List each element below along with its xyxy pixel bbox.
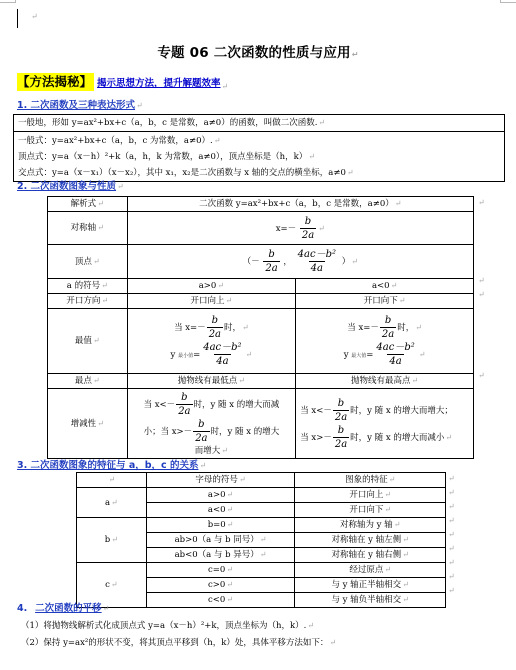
section3-heading-text[interactable]: 3. 二次函数图象的特征与 a，b，c 的关系 [17, 460, 198, 471]
feature-text: 经过原点 [349, 565, 383, 575]
paragraph-mark: ↵ [402, 535, 409, 544]
extreme-negative: 当 x=－b2a时，↵ y 最大值=4ac－b²4a↵ [296, 309, 474, 374]
row-extreme: 最值↵ 当 x=－b2a时，↵ y 最小值=4ac－b²4a↵ 当 x=－b2a… [48, 309, 474, 374]
text: 当 x<－ [300, 406, 332, 416]
denominator: 4a [309, 261, 325, 275]
translation-step-1: （1）将抛物线解析式化成顶点式 y=a（x－h）²+k，顶点坐标为（h，k）.↵ [21, 619, 314, 633]
denominator: 2a [207, 327, 223, 341]
feature-text: 开口向下 [349, 505, 383, 515]
numerator: b [336, 424, 346, 437]
row-end-mark: ↵ [448, 502, 455, 511]
monotonic-negative: 当 x<－b2a时，y 随 x 的增大而增大； 当 x>－b2a时，y 随 x … [296, 389, 474, 459]
paragraph-mark: ↵ [226, 580, 233, 589]
row-axis: 对称轴↵ x=－ b2a↵ [48, 212, 474, 245]
feature-cell: 与 y 轴负半轴相交↵ [295, 593, 446, 608]
paragraph-mark: ↵ [389, 475, 396, 484]
fraction-extreme-value: 4ac－b²4a [374, 341, 416, 368]
feature-cell: 开口向上↵ [295, 488, 446, 503]
text: 时，y 随 x 的增大而减 [194, 400, 280, 410]
row-vertex: 顶点↵ （－ b2a ， 4ac－b²4a ）↵ [48, 245, 474, 279]
letter-a: a↵ [77, 488, 147, 518]
header-empty: ↵ [77, 473, 147, 488]
page-corner-mark-right [500, 0, 516, 3]
paragraph-mark: ↵ [351, 257, 358, 266]
denominator: 2a [300, 228, 316, 242]
label-sign: a 的符号↵ [48, 279, 128, 294]
section4-heading-text[interactable]: 二次函数的平移 [35, 603, 102, 614]
paragraph-mark: ↵ [111, 580, 118, 589]
value-text: 二次函数 y=ax²+bx+c（a，b，c 是常数，a≠0） [199, 199, 394, 209]
section4-heading: 4. 二次函数的平移↵ [17, 603, 109, 615]
section2-heading-text[interactable]: 2. 二次函数图象与性质 [17, 181, 116, 192]
feature-cell: 与 y 轴正半轴相交↵ [295, 578, 446, 593]
row-end-mark: ↵ [448, 558, 455, 567]
paragraph-mark: ↵ [402, 595, 409, 604]
extreme-point-negative: 抛物线有最高点↵ [296, 374, 474, 389]
feature-text: 与 y 轴负半轴相交 [331, 595, 401, 605]
denominator: 2a [380, 327, 396, 341]
paragraph-mark: ↵ [402, 580, 409, 589]
section1-heading-text[interactable]: 1. 二次函数及三种表达形式 [17, 100, 135, 111]
method-link[interactable]: 揭示思想方法，提升解题效率 [97, 77, 221, 91]
denominator: 4a [387, 354, 403, 368]
letter-text: a [105, 498, 110, 508]
paragraph-mark: ↵ [226, 565, 233, 574]
denominator: 2a [263, 261, 279, 275]
row-end-mark: ↵ [448, 544, 455, 553]
translation-step-2: （2）保持 y=ax²的形状不变，将其顶点平移到（h，k）处，具体平移方法如下：… [21, 636, 336, 650]
row-extreme-point: 最点↵ 抛物线有最低点↵ 抛物线有最高点↵ [48, 374, 474, 389]
paragraph-mark: ↵ [93, 257, 100, 266]
paragraph-mark: ↵ [108, 475, 115, 484]
paragraph-mark: ↵ [103, 604, 110, 613]
row-end-mark: ↵ [448, 572, 455, 581]
text: 时，y 随 x 的增大而增大； [350, 406, 453, 416]
fraction-b-over-2a: b2a [333, 397, 349, 424]
letter-b: b↵ [77, 518, 147, 563]
paragraph-mark: ↵ [97, 223, 104, 232]
sign-cell: c>0↵ [146, 578, 295, 593]
sign-cell: a<0↵ [146, 503, 295, 518]
numerator: b [210, 314, 220, 327]
feature-cell: 开口向下↵ [295, 503, 446, 518]
paragraph-mark: ↵ [111, 535, 118, 544]
table-row: a↵ a>0↵ 开口向上↵ [77, 488, 446, 503]
monotonic-positive: 当 x<－b2a时，y 随 x 的增大而减 小；当 x>－b2a时，y 随 x … [127, 389, 296, 459]
when-prefix: 当 x=－ [347, 323, 379, 333]
sign-cell: a>0↵ [146, 488, 295, 503]
opening-negative: 开口向下↵ [296, 294, 474, 309]
paragraph-mark: ↵ [384, 565, 391, 574]
letter-c: c↵ [77, 563, 147, 608]
paragraph-mark: ↵ [384, 490, 391, 499]
value-text: 抛物线有最高点 [351, 376, 411, 386]
row-end-mark: ↵ [448, 488, 455, 497]
sign-text: b=0 [208, 520, 226, 530]
paragraph-mark: ↵ [93, 336, 100, 345]
fraction-b-over-2a: b2a [263, 248, 279, 275]
paren-open: （－ [243, 257, 260, 267]
table-row: b↵ b=0↵ 对称轴为 y 轴↵ [77, 518, 446, 533]
paragraph-mark: ↵ [31, 12, 38, 21]
form-general: 一般式：y=ax²+bx+c（a，b，c 为常数，a≠0）.↵ [18, 133, 502, 149]
fraction-b-over-2a: b2a [207, 314, 223, 341]
method-badge: 【方法揭秘】 [17, 73, 94, 91]
value-vertex: （－ b2a ， 4ac－b²4a ）↵ [127, 245, 473, 279]
text: 时，y 随 x 的增大而减小 [350, 433, 444, 443]
table-row: c↵ c=0↵ 经过原点↵ [77, 563, 446, 578]
feature-cell: 经过原点↵ [295, 563, 446, 578]
paragraph-mark: ↵ [391, 281, 398, 290]
paragraph-mark: ↵ [101, 296, 108, 305]
label-text: 最值 [75, 336, 92, 346]
fraction-b-over-2a: b2a [380, 314, 396, 341]
text: 而增大 [195, 446, 221, 456]
paragraph-mark: ↵ [214, 136, 221, 145]
paragraph-mark: ↵ [329, 638, 336, 647]
extreme-point-positive: 抛物线有最低点↵ [127, 374, 296, 389]
paragraph-mark: ↵ [384, 505, 391, 514]
paragraph-mark: ↵ [308, 152, 315, 161]
paragraph-mark: ↵ [93, 376, 100, 385]
abc-header-row: ↵ 字母的符号↵ 图象的特征↵ [77, 473, 446, 488]
row-end-mark: ↵ [448, 516, 455, 525]
section3-heading: 3. 二次函数图象的特征与 a，b，c 的关系↵ [17, 460, 206, 472]
numerator: b [303, 215, 313, 228]
paragraph-mark: ↵ [399, 296, 406, 305]
min-subscript: 最小值 [178, 353, 193, 359]
paragraph-mark: ↵ [419, 350, 426, 359]
paragraph-mark: ↵ [226, 595, 233, 604]
max-subscript: 最大值 [351, 353, 366, 359]
row-end-mark: ↵ [478, 290, 485, 299]
sign-cell: c<0↵ [146, 593, 295, 608]
paragraph-mark: ↵ [111, 498, 118, 507]
opening-positive: 开口向上↵ [127, 294, 296, 309]
paragraph-mark: ↵ [445, 433, 452, 442]
fraction-4ac-b2-over-4a: 4ac－b²4a [296, 248, 338, 275]
denominator: 4a [214, 354, 230, 368]
sign-text: c=0 [208, 565, 225, 575]
paragraph-mark: ↵ [260, 535, 267, 544]
sign-text: c>0 [208, 580, 225, 590]
feature-cell: 对称轴为 y 轴↵ [295, 518, 446, 533]
when-prefix: 当 x=－ [174, 323, 206, 333]
value-axis: x=－ b2a↵ [127, 212, 473, 245]
fraction-b-over-2a: b2a [176, 391, 192, 418]
forms-cell: 一般式：y=ax²+bx+c（a，b，c 为常数，a≠0）.↵ 顶点式：y=a（… [14, 132, 505, 182]
sign-text: c<0 [208, 595, 225, 605]
value-text: 开口向上 [191, 296, 225, 306]
sign-cell: ab<0（a 与 b 异号）↵ [146, 548, 295, 563]
feature-text: 对称轴为 y 轴 [340, 520, 393, 530]
value-text: 抛物线有最低点 [178, 376, 238, 386]
label-extreme: 最值↵ [48, 309, 128, 374]
document-title: 专题 06 二次函数的性质与应用↵ [0, 41, 516, 61]
paragraph-mark: ↵ [239, 475, 246, 484]
when-suffix: 时， [397, 323, 414, 333]
label-extreme-point: 最点↵ [48, 374, 128, 389]
properties-table: 解析式↵ 二次函数 y=ax²+bx+c（a，b，c 是常数，a≠0）↵ 对称轴… [47, 196, 474, 459]
paragraph-mark: ↵ [347, 168, 354, 177]
paragraph-mark: ↵ [242, 323, 249, 332]
feature-text: 开口向上 [349, 490, 383, 500]
form-vertex: 顶点式：y=a（x－h）²+k（a，h，k 为常数，a≠0），顶点坐标是（h，k… [18, 149, 502, 165]
numerator: b [179, 391, 189, 404]
paragraph-mark: ↵ [226, 490, 233, 499]
document-title-text: 专题 06 二次函数的性质与应用 [157, 45, 350, 61]
sign-positive: a>0↵ [127, 279, 296, 294]
paragraph-mark: ↵ [136, 101, 143, 110]
paragraph-mark: ↵ [199, 461, 206, 470]
row-monotonic: 增减性↵ 当 x<－b2a时，y 随 x 的增大而减 小；当 x>－b2a时，y… [48, 389, 474, 459]
letter-text: b [105, 535, 110, 545]
header-text: 字母的符号 [195, 475, 238, 485]
label-text: 顶点 [75, 257, 92, 267]
feature-text: 对称轴在 y 轴右侧 [331, 550, 401, 560]
label-text: a 的符号 [67, 281, 100, 291]
row-expression: 解析式↵ 二次函数 y=ax²+bx+c（a，b，c 是常数，a≠0）↵ [48, 197, 474, 212]
definition-table: 一般地，形如 y=ax²+bx+c（a，b，c 是常数，a≠0）的函数，叫做二次… [13, 114, 505, 182]
numerator: b [383, 314, 393, 327]
value-text: a>0 [199, 281, 217, 291]
paragraph-mark: ↵ [117, 182, 124, 191]
sign-text: ab<0（a 与 b 异号） [175, 550, 259, 560]
sign-text: ab>0（a 与 b 同号） [175, 535, 259, 545]
value-text: 开口向下 [364, 296, 398, 306]
step-2-text: （2）保持 y=ax²的形状不变，将其顶点平移到（h，k）处，具体平移方法如下： [21, 638, 328, 648]
feature-cell: 对称轴在 y 轴左侧↵ [295, 533, 446, 548]
label-vertex: 顶点↵ [48, 245, 128, 279]
text-cursor [17, 9, 18, 28]
section1-heading: 1. 二次函数及三种表达形式↵ [17, 100, 143, 112]
label-expression: 解析式↵ [48, 197, 128, 212]
denominator: 2a [333, 410, 349, 424]
label-text: 增减性 [71, 419, 97, 429]
label-monotonic: 增减性↵ [48, 389, 128, 459]
form-intercept: 交点式：y=a（x－x₁）（x－x₂），其中 x₁，x₂是二次函数与 x 轴的交… [18, 165, 502, 181]
row-end-mark: ↵ [448, 474, 455, 483]
fraction-b-over-2a: b2a [193, 418, 209, 445]
letter-text: c [105, 580, 110, 590]
label-text: 开口方向 [66, 296, 100, 306]
numerator: b [196, 418, 206, 431]
row-sign: a 的符号↵ a>0↵ a<0↵ [48, 279, 474, 294]
abc-table: ↵ 字母的符号↵ 图象的特征↵ a↵ a>0↵ 开口向上↵ a<0↵ 开口向下↵… [76, 472, 446, 608]
axis-prefix: x=－ [276, 224, 296, 234]
row-end-mark: ↵ [478, 198, 485, 207]
paragraph-mark: ↵ [352, 50, 359, 59]
row-end-mark: ↵ [448, 530, 455, 539]
definition-cell: 一般地，形如 y=ax²+bx+c（a，b，c 是常数，a≠0）的函数，叫做二次… [14, 115, 505, 132]
denominator: 2a [333, 437, 349, 451]
label-text: 对称轴 [71, 223, 97, 233]
sign-negative: a<0↵ [296, 279, 474, 294]
separator: ， [283, 257, 292, 267]
header-feature: 图象的特征↵ [295, 473, 446, 488]
extreme-positive: 当 x=－b2a时，↵ y 最小值=4ac－b²4a↵ [127, 309, 296, 374]
paragraph-mark: ↵ [221, 446, 228, 455]
definition-text: 一般地，形如 y=ax²+bx+c（a，b，c 是常数，a≠0）的函数，叫做二次… [18, 118, 317, 128]
header-sign: 字母的符号↵ [146, 473, 295, 488]
section4-number: 4. [17, 603, 27, 614]
numerator: 4ac－b² [201, 341, 243, 354]
paragraph-mark: ↵ [402, 550, 409, 559]
paragraph-mark: ↵ [307, 621, 314, 630]
page-corner-mark-left [0, 0, 16, 3]
paragraph-mark: ↵ [226, 296, 233, 305]
paragraph-mark: ↵ [412, 376, 419, 385]
label-opening: 开口方向↵ [48, 294, 128, 309]
label-axis: 对称轴↵ [48, 212, 128, 245]
row-end-mark: ↵ [478, 276, 485, 285]
label-text: 解析式 [71, 199, 97, 209]
form-intercept-text: 交点式：y=a（x－x₁）（x－x₂），其中 x₁，x₂是二次函数与 x 轴的交… [18, 168, 346, 178]
text: 当 x>－ [300, 433, 332, 443]
paragraph-mark: ↵ [318, 224, 325, 233]
paragraph-mark: ↵ [238, 376, 245, 385]
feature-text: 与 y 轴正半轴相交 [331, 580, 401, 590]
paragraph-mark: ↵ [246, 350, 253, 359]
paragraph-mark: ↵ [260, 550, 267, 559]
paragraph-mark: ↵ [226, 505, 233, 514]
numerator: 4ac－b² [296, 248, 338, 261]
text: 小；当 x>－ [144, 427, 193, 437]
numerator: b [336, 397, 346, 410]
numerator: b [266, 248, 276, 261]
feature-cell: 对称轴在 y 轴右侧↵ [295, 548, 446, 563]
label-text: 最点 [75, 376, 92, 386]
sign-cell: b=0↵ [146, 518, 295, 533]
row-opening: 开口方向↵ 开口向上↵ 开口向下↵ [48, 294, 474, 309]
fraction-b-over-2a: b2a [300, 215, 316, 242]
text: 当 x<－ [144, 400, 176, 410]
text: 时，y 随 x 的增大 [211, 427, 280, 437]
paragraph-mark: ↵ [97, 419, 104, 428]
paragraph-mark: ↵ [394, 520, 401, 529]
y-symbol: y [344, 350, 349, 360]
value-text: a<0 [372, 281, 390, 291]
equals: = [193, 350, 200, 360]
paragraph-mark: ↵ [222, 82, 229, 91]
when-suffix: 时， [224, 323, 241, 333]
feature-text: 对称轴在 y 轴左侧 [331, 535, 401, 545]
paragraph-mark: ↵ [318, 118, 325, 127]
fraction-b-over-2a: b2a [333, 424, 349, 451]
sign-text: a<0 [208, 505, 226, 515]
y-symbol: y [171, 350, 176, 360]
paren-close: ） [342, 257, 351, 267]
form-general-text: 一般式：y=ax²+bx+c（a，b，c 为常数，a≠0）. [18, 136, 213, 146]
paragraph-mark: ↵ [217, 281, 224, 290]
paragraph-mark: ↵ [227, 520, 234, 529]
equals: = [366, 350, 373, 360]
numerator: 4ac－b² [374, 341, 416, 354]
sign-cell: ab>0（a 与 b 同号）↵ [146, 533, 295, 548]
paragraph-mark: ↵ [97, 199, 104, 208]
row-end-mark: ↵ [478, 371, 485, 380]
paragraph-mark: ↵ [101, 281, 108, 290]
denominator: 2a [176, 404, 192, 418]
section2-heading: 2. 二次函数图象与性质↵ [17, 181, 124, 193]
paragraph-mark: ↵ [415, 323, 422, 332]
row-end-mark: ↵ [448, 586, 455, 595]
sign-cell: c=0↵ [146, 563, 295, 578]
paragraph-mark: ↵ [395, 199, 402, 208]
value-expression: 二次函数 y=ax²+bx+c（a，b，c 是常数，a≠0）↵ [127, 197, 473, 212]
method-banner: 【方法揭秘】 揭示思想方法，提升解题效率 ↵ [17, 73, 228, 91]
sign-text: a>0 [208, 490, 226, 500]
step-1-text: （1）将抛物线解析式化成顶点式 y=a（x－h）²+k，顶点坐标为（h，k）. [21, 621, 306, 631]
form-vertex-text: 顶点式：y=a（x－h）²+k（a，h，k 为常数，a≠0），顶点坐标是（h，k… [18, 152, 307, 162]
header-text: 图象的特征 [345, 475, 388, 485]
fraction-extreme-value: 4ac－b²4a [201, 341, 243, 368]
denominator: 2a [193, 431, 209, 445]
